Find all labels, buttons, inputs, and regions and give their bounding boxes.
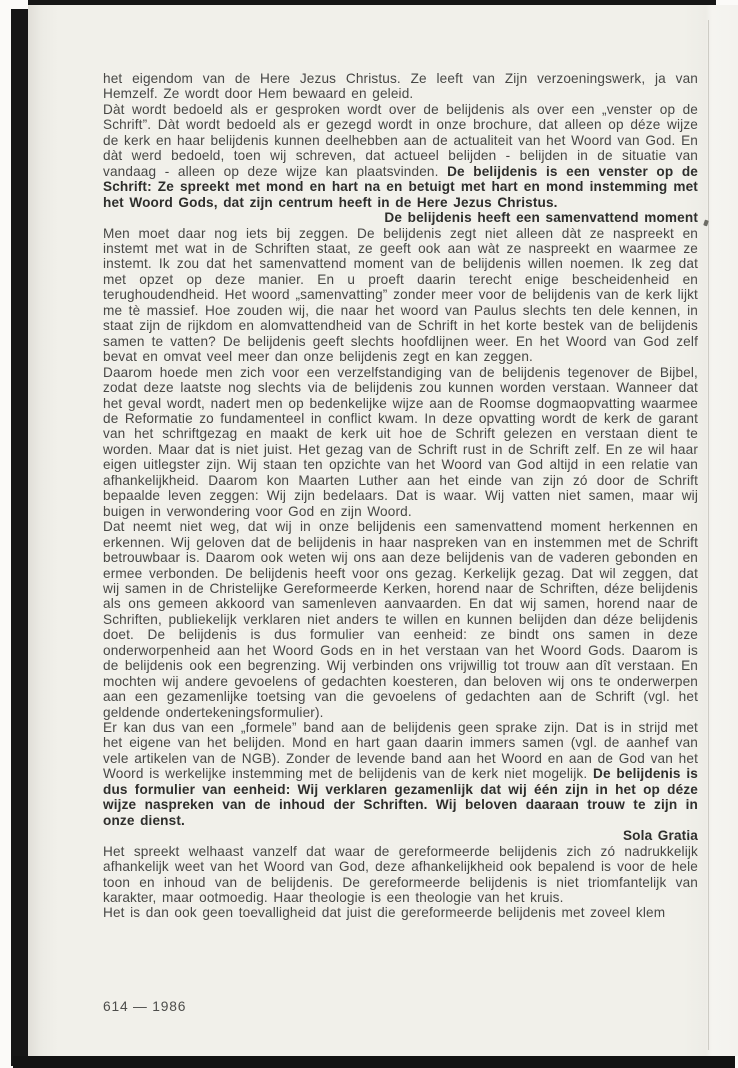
- paragraph: Men moet daar nog iets bij zeggen. De be…: [103, 226, 698, 365]
- paragraph: Daarom hoede men zich voor een verzelfst…: [103, 365, 698, 520]
- paragraph: Het spreekt welhaast vanzelf dat waar de…: [103, 844, 698, 906]
- page-number: 614 — 1986: [103, 999, 186, 1014]
- paragraph: Het is dan ook geen toevalligheid dat ju…: [103, 905, 698, 920]
- paragraph: Dàt wordt bedoeld als er gesproken wordt…: [103, 102, 698, 210]
- text-run: Het spreekt welhaast vanzelf dat waar de…: [103, 844, 698, 905]
- text-column: het eigendom van de Here Jezus Christus.…: [103, 71, 698, 921]
- paragraph: Dat neemt niet weg, dat wij in onze beli…: [103, 519, 698, 720]
- bold-text-run: De belijdenis heeft een samenvattend mom…: [384, 210, 698, 225]
- paragraph: Er kan dus van een „formele” band aan de…: [103, 720, 698, 828]
- text-run: Het is dan ook geen toevalligheid dat ju…: [103, 905, 665, 920]
- bold-text-run: Sola Gratia: [623, 828, 698, 843]
- scan-edge-left: [11, 9, 28, 1066]
- page-crease-line: [708, 20, 709, 1050]
- text-run: het eigendom van de Here Jezus Christus.…: [103, 71, 698, 101]
- section-heading: Sola Gratia: [103, 828, 698, 843]
- text-run: Dat neemt niet weg, dat wij in onze beli…: [103, 519, 698, 719]
- text-run: Daarom hoede men zich voor een verzelfst…: [103, 365, 698, 519]
- section-heading: De belijdenis heeft een samenvattend mom…: [103, 210, 698, 225]
- text-run: Men moet daar nog iets bij zeggen. De be…: [103, 226, 698, 365]
- scan-edge-bottom: [13, 1056, 735, 1068]
- paragraph: het eigendom van de Here Jezus Christus.…: [103, 71, 698, 102]
